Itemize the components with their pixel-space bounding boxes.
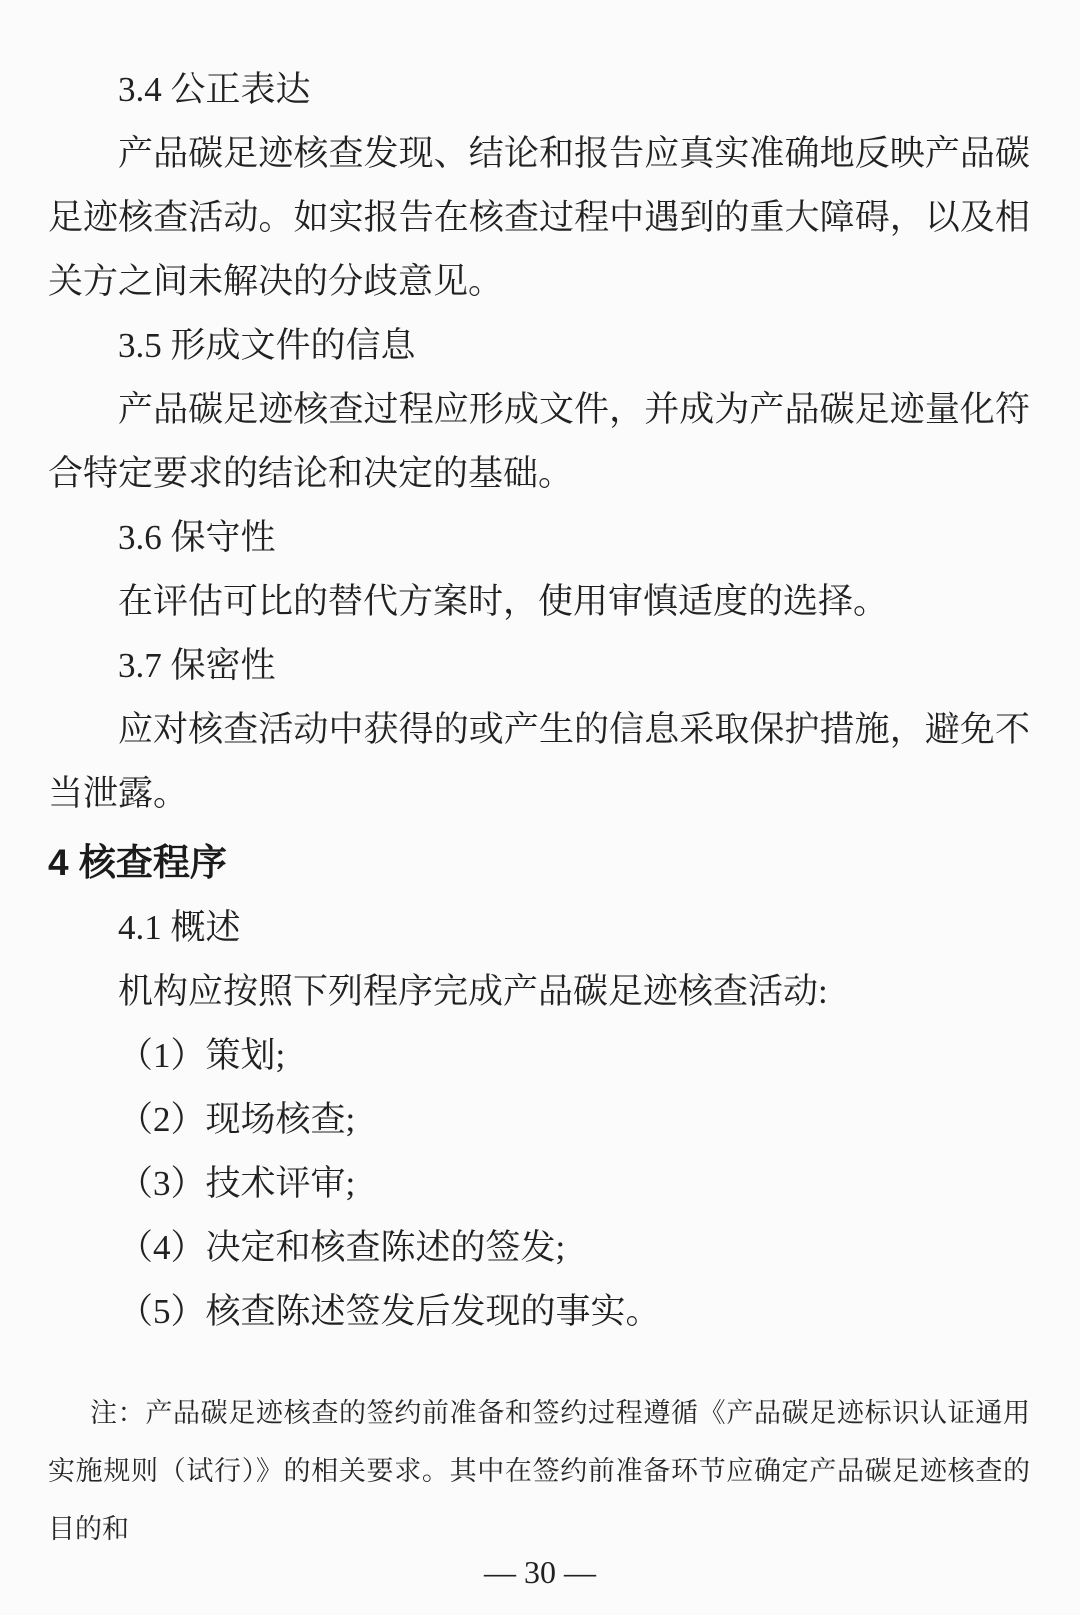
paragraph-3-7: 应对核查活动中获得的或产生的信息采取保护措施，避免不当泄露。 — [48, 698, 1030, 826]
footnote: 注：产品碳足迹核查的签约前准备和签约过程遵循《产品碳足迹标识认证通用实施规则（试… — [48, 1384, 1030, 1558]
section-heading-4-1: 4.1 概述 — [48, 896, 1030, 960]
paragraph-3-5: 产品碳足迹核查过程应形成文件，并成为产品碳足迹量化符合特定要求的结论和决定的基础… — [48, 378, 1030, 506]
section-heading-3-5: 3.5 形成文件的信息 — [48, 314, 1030, 378]
list-item-4: （4）决定和核查陈述的签发; — [48, 1216, 1030, 1280]
list-item-1: （1）策划; — [48, 1024, 1030, 1088]
paragraph-3-4: 产品碳足迹核查发现、结论和报告应真实准确地反映产品碳足迹核查活动。如实报告在核查… — [48, 122, 1030, 314]
document-page: 3.4 公正表达 产品碳足迹核查发现、结论和报告应真实准确地反映产品碳足迹核查活… — [0, 0, 1080, 1615]
section-heading-3-7: 3.7 保密性 — [48, 634, 1030, 698]
list-item-3: （3）技术评审; — [48, 1152, 1030, 1216]
paragraph-4-1: 机构应按照下列程序完成产品碳足迹核查活动: — [48, 960, 1030, 1024]
list-item-2: （2）现场核查; — [48, 1088, 1030, 1152]
page-number: — 30 — — [0, 1554, 1080, 1591]
section-heading-3-4: 3.4 公正表达 — [48, 58, 1030, 122]
document-body: 3.4 公正表达 产品碳足迹核查发现、结论和报告应真实准确地反映产品碳足迹核查活… — [48, 58, 1030, 1558]
chapter-heading-4: 4 核查程序 — [48, 831, 1030, 895]
list-item-5: （5）核查陈述签发后发现的事实。 — [48, 1280, 1030, 1344]
section-heading-3-6: 3.6 保守性 — [48, 506, 1030, 570]
paragraph-3-6: 在评估可比的替代方案时，使用审慎适度的选择。 — [48, 570, 1030, 634]
